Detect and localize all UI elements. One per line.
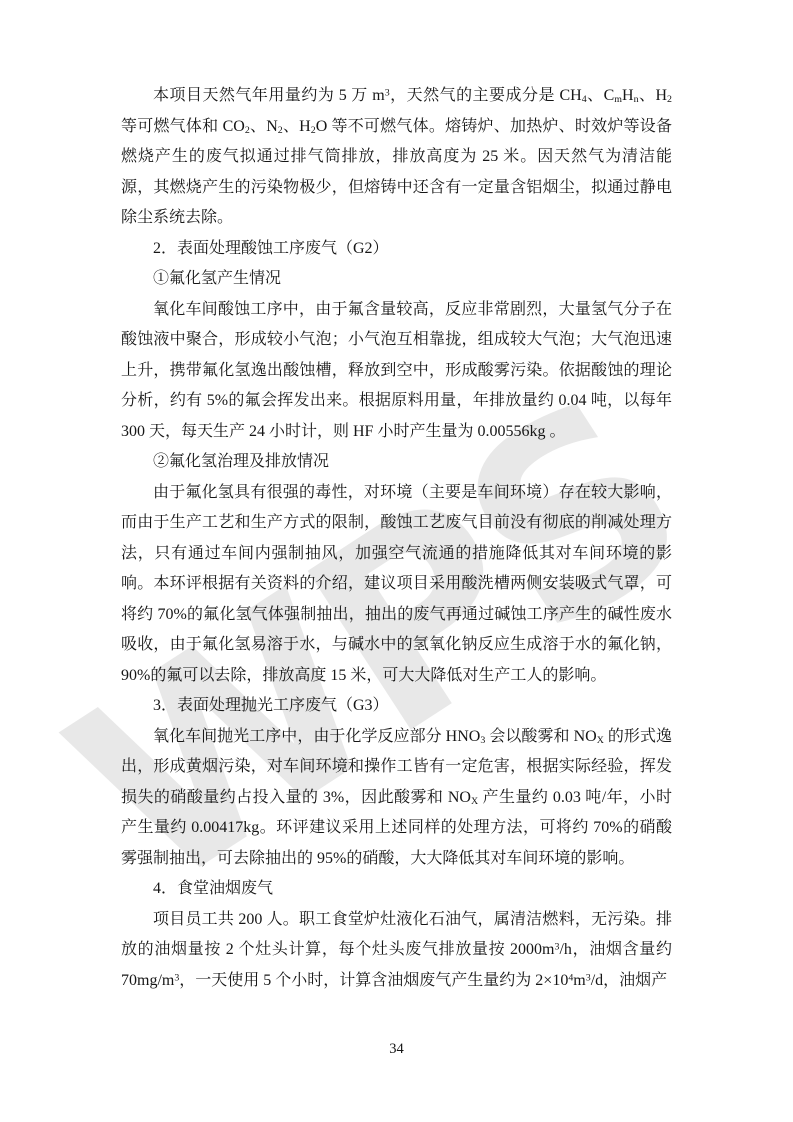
- subscript: 3: [480, 734, 485, 745]
- paragraph-hf-treatment: 由于氟化氢具有很强的毒性，对环境（主要是车间环境）存在较大影响，而由于生产工艺和…: [121, 478, 672, 692]
- paragraph-hf-generation-heading: ①氟化氢产生情况: [121, 264, 672, 295]
- paragraph-polishing: 氧化车间抛光工序中，由于化学反应部分 HNO3 会以酸雾和 NOX 的形式逸出，…: [121, 722, 672, 875]
- paragraph-heading-2: 2．表面处理酸蚀工序废气（G2）: [121, 234, 672, 265]
- subscript: n: [634, 94, 639, 105]
- superscript: 3: [385, 88, 390, 99]
- subscript: 2: [278, 124, 283, 135]
- paragraph-natural-gas: 本项目天然气年用量约为 5 万 m3，天然气的主要成分是 CH4、CmHn、H2…: [121, 81, 672, 234]
- document-page: WPS 本项目天然气年用量约为 5 万 m3，天然气的主要成分是 CH4、CmH…: [0, 0, 793, 1122]
- subscript: X: [597, 734, 604, 745]
- subscript: m: [614, 94, 622, 105]
- subscript: 2: [667, 94, 672, 105]
- paragraph-canteen-fume: 项目员工共 200 人。职工食堂炉灶液化石油气，属清洁燃料，无污染。排放的油烟量…: [121, 905, 672, 997]
- document-body: 本项目天然气年用量约为 5 万 m3，天然气的主要成分是 CH4、CmHn、H2…: [121, 81, 672, 996]
- superscript: 3: [174, 972, 179, 983]
- subscript: 2: [245, 124, 250, 135]
- paragraph-heading-4: 4．食堂油烟废气: [121, 874, 672, 905]
- superscript: 4: [568, 972, 573, 983]
- subscript: X: [471, 795, 478, 806]
- superscript: 3: [555, 942, 560, 953]
- page-number: 34: [0, 1041, 793, 1058]
- subscript: 2: [311, 124, 316, 135]
- paragraph-hf-treatment-heading: ②氟化氢治理及排放情况: [121, 447, 672, 478]
- superscript: 3: [586, 972, 591, 983]
- paragraph-hf-generation: 氧化车间酸蚀工序中，由于氟含量较高，反应非常剧烈，大量氢气分子在酸蚀液中聚合，形…: [121, 295, 672, 448]
- subscript: 4: [582, 94, 587, 105]
- paragraph-heading-3: 3．表面处理抛光工序废气（G3）: [121, 691, 672, 722]
